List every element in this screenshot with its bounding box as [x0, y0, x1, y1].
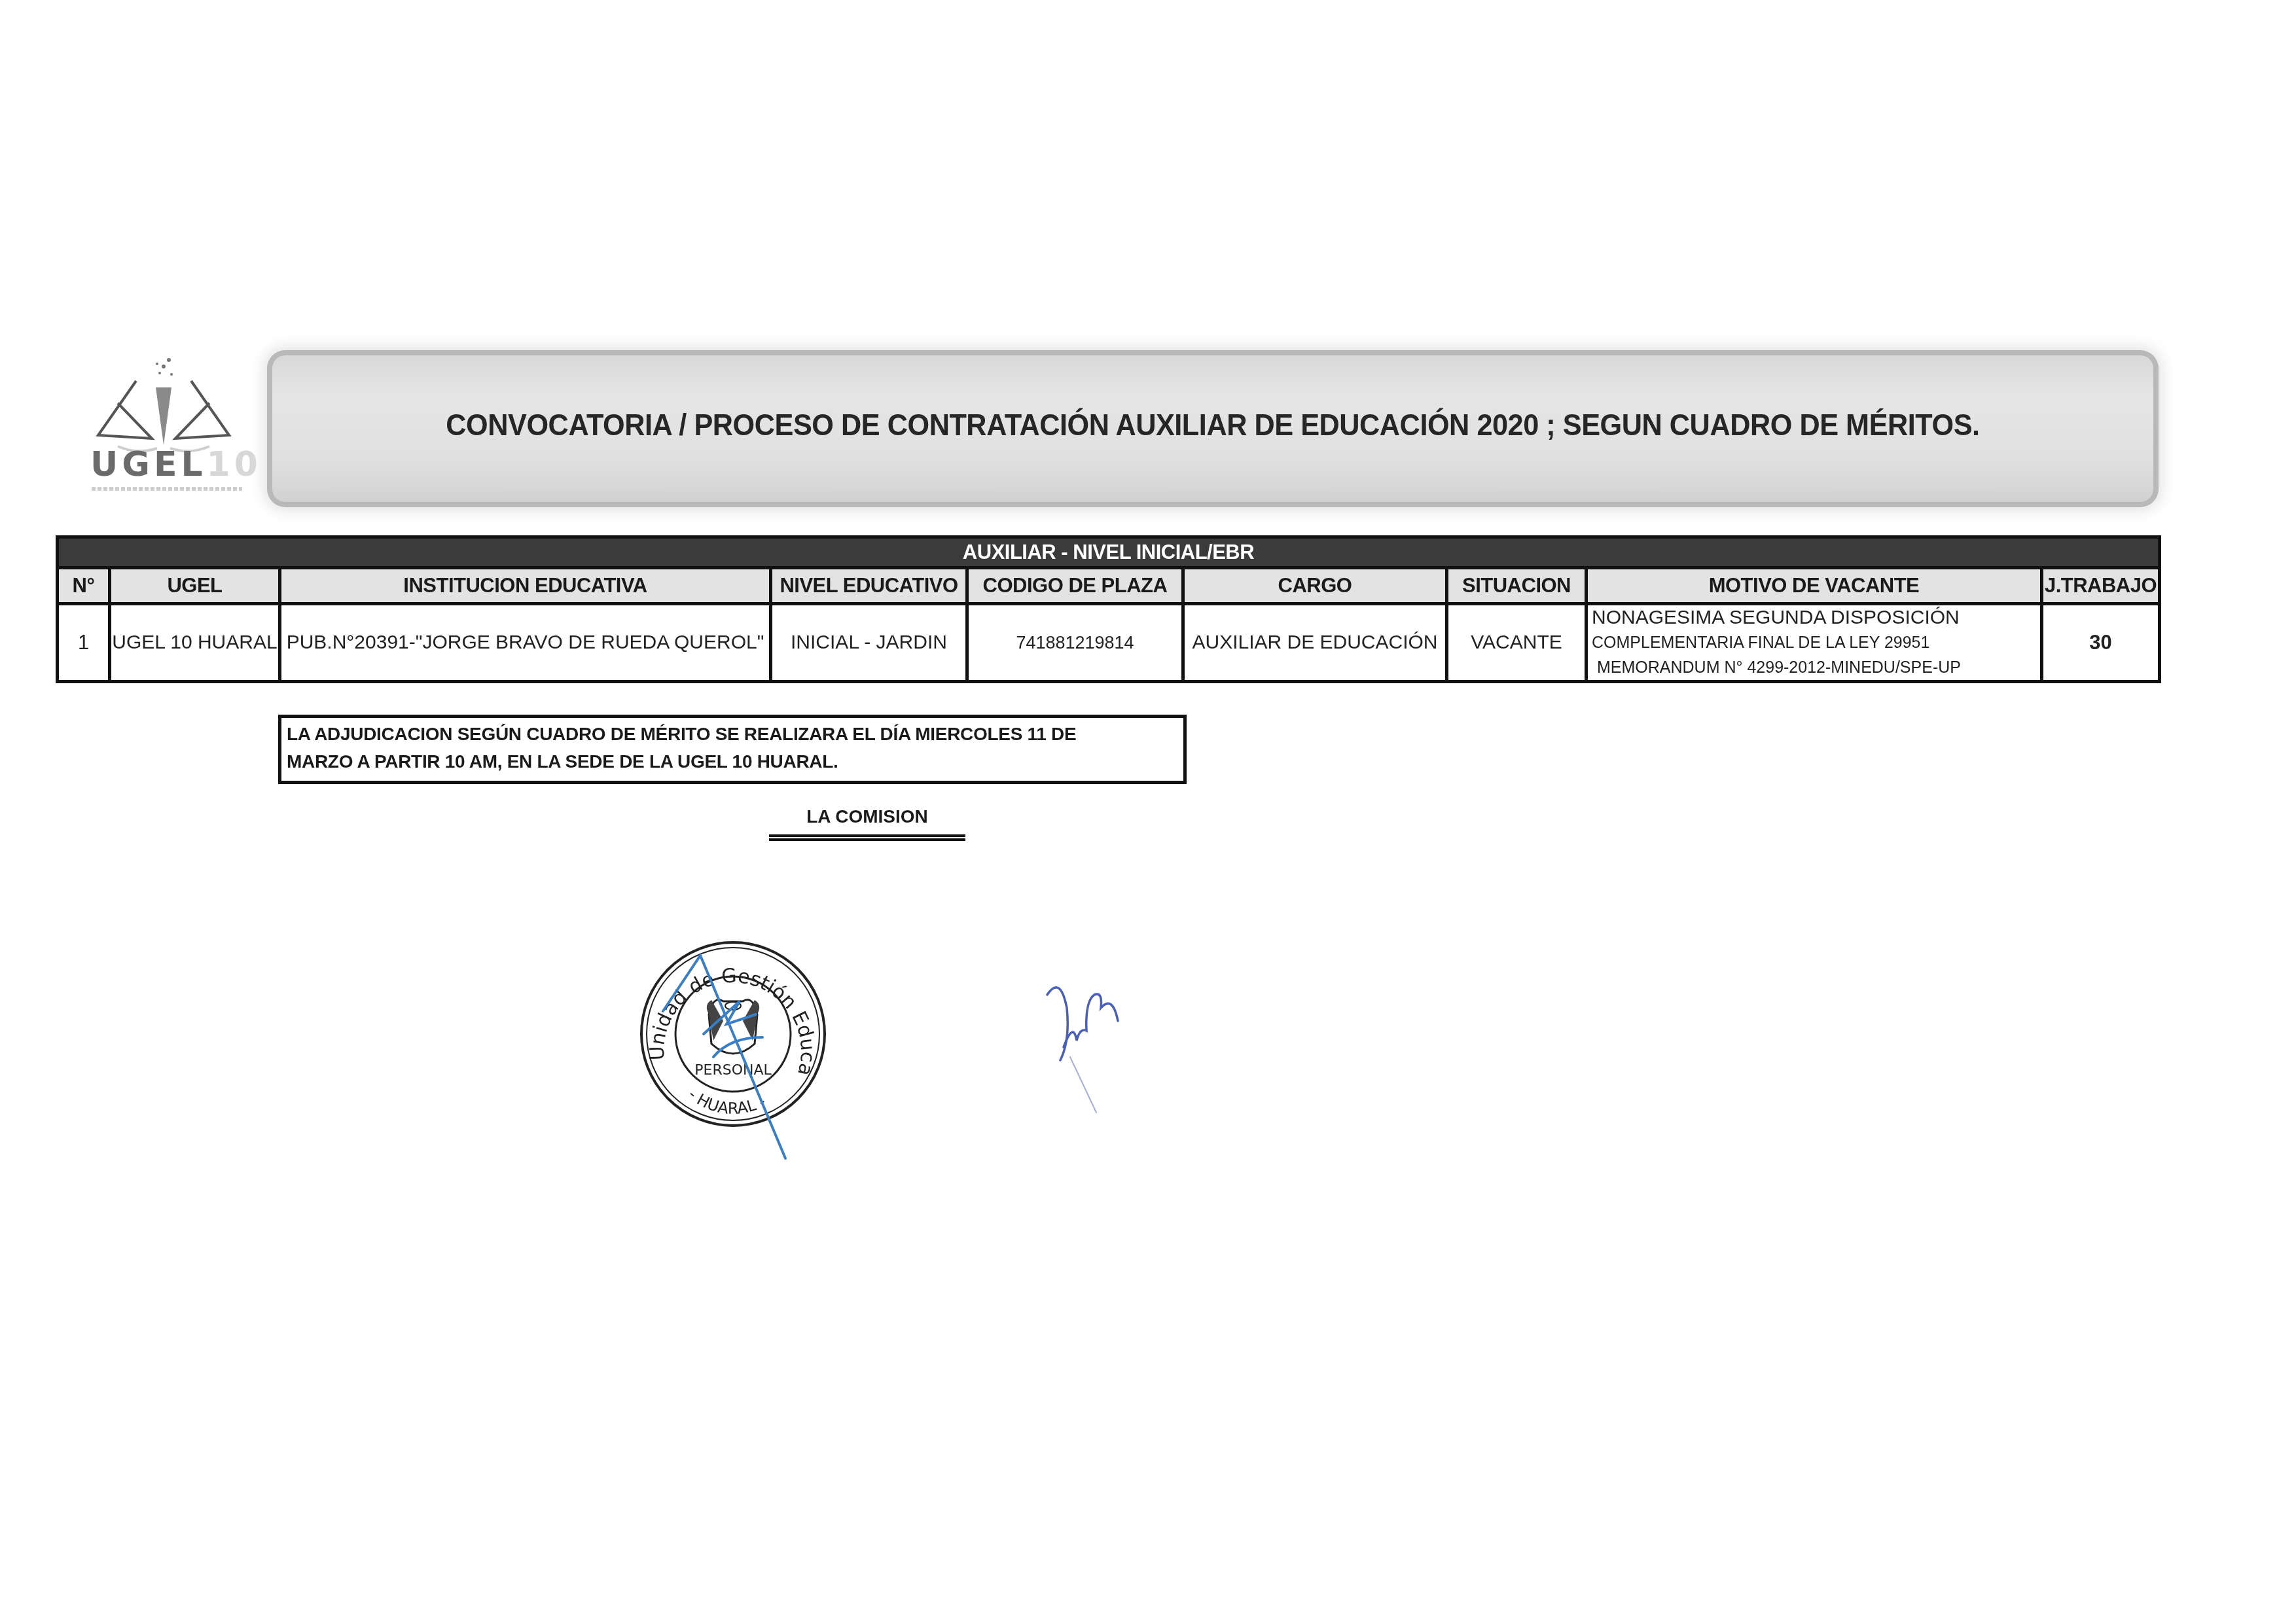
official-stamp: Unidad de Gestión Educativa Local N° 10 … [625, 929, 841, 1165]
ugel-logo [79, 340, 249, 510]
cell-ugel: UGEL 10 HUARAL [110, 604, 280, 682]
table-band-title: AUXILIAR - NIVEL INICIAL/EBR [58, 537, 2160, 568]
notice-line-1: LA ADJUDICACION SEGÚN CUADRO DE MÉRITO S… [287, 721, 1178, 748]
motivo-line-2: COMPLEMENTARIA FINAL DE LA LEY 29951 [1592, 630, 2040, 655]
commission-label: LA COMISION [769, 806, 965, 827]
title-banner: CONVOCATORIA / PROCESO DE CONTRATACIÓN A… [267, 350, 2159, 507]
col-header-nivel: NIVEL EDUCATIVO [771, 568, 967, 604]
cell-codigo: 741881219814 [967, 604, 1183, 682]
col-header-ugel: UGEL [110, 568, 280, 604]
adjudication-notice: LA ADJUDICACION SEGÚN CUADRO DE MÉRITO S… [278, 715, 1187, 784]
handwritten-signature [1041, 969, 1132, 1119]
commission-underline [769, 834, 965, 841]
notice-line-2: MARZO A PARTIR 10 AM, EN LA SEDE DE LA U… [287, 748, 1178, 776]
stamp-inner-text: PERSONAL [694, 1062, 772, 1079]
motivo-line-3: MEMORANDUM N° 4299-2012-MINEDU/SPE-UP [1592, 655, 2040, 680]
page-title: CONVOCATORIA / PROCESO DE CONTRATACIÓN A… [343, 406, 2083, 442]
cell-motivo: NONAGESIMA SEGUNDA DISPOSICIÓN COMPLEMEN… [1587, 604, 2042, 682]
col-header-num: N° [58, 568, 110, 604]
cell-jornada: 30 [2042, 604, 2160, 682]
cell-num: 1 [58, 604, 110, 682]
cell-institucion: PUB.N°20391-"JORGE BRAVO DE RUEDA QUEROL… [280, 604, 771, 682]
col-header-cargo: CARGO [1183, 568, 1447, 604]
cell-nivel: INICIAL - JARDIN [771, 604, 967, 682]
col-header-jornada: J.TRABAJO [2042, 568, 2160, 604]
col-header-situacion: SITUACION [1447, 568, 1587, 604]
logo-wordmark: UGEL10 [90, 445, 262, 484]
motivo-line-1: NONAGESIMA SEGUNDA DISPOSICIÓN [1592, 605, 2040, 630]
vacancy-table: AUXILIAR - NIVEL INICIAL/EBR N° UGEL INS… [56, 535, 2161, 683]
cell-cargo: AUXILIAR DE EDUCACIÓN [1183, 604, 1447, 682]
logo-tagline [92, 487, 242, 491]
table-row: 1 UGEL 10 HUARAL PUB.N°20391-"JORGE BRAV… [58, 604, 2160, 682]
open-book-torch-icon [79, 340, 249, 510]
col-header-motivo: MOTIVO DE VACANTE [1587, 568, 2042, 604]
col-header-codigo: CODIGO DE PLAZA [967, 568, 1183, 604]
col-header-institucion: INSTITUCION EDUCATIVA [280, 568, 771, 604]
cell-situacion: VACANTE [1447, 604, 1587, 682]
